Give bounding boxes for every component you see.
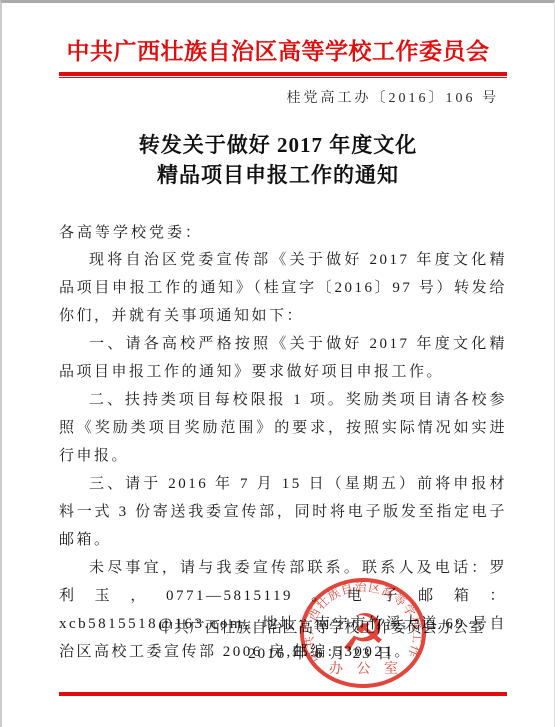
red-header-divider — [59, 72, 507, 78]
party-emblem-icon: ☭ — [340, 604, 387, 664]
body-paragraph: 二、扶持类项目每校限报 1 项。奖励类项目请各校参照《奖励类项目奖励范围》的要求… — [59, 386, 507, 470]
body-paragraph: 现将自治区党委宣传部《关于做好 2017 年度文化精品项目申报工作的通知》（桂宣… — [59, 246, 507, 330]
seal-office-text: 办 公 室 — [329, 660, 403, 677]
red-header-divider-thick-line — [59, 72, 507, 76]
document-title-line1: 转发关于做好 2017 年度文化 — [2, 130, 554, 160]
document-body: 现将自治区党委宣传部《关于做好 2017 年度文化精品项目申报工作的通知》（桂宣… — [59, 246, 507, 666]
body-paragraph: 一、请各高校严格按照《关于做好 2017 年度文化精品项目申报工作的通知》要求做… — [59, 330, 507, 386]
red-footer-divider — [59, 692, 507, 696]
issuing-org-header: 中共广西壮族自治区高等学校工作委员会 — [2, 33, 554, 66]
salutation: 各高等学校党委： — [59, 221, 203, 242]
red-header-divider-thin-line — [59, 77, 507, 78]
official-document-page: 中共广西壮族自治区高等学校工作委员会 桂党高工办〔2016〕106 号 转发关于… — [0, 0, 555, 727]
document-reference-number: 桂党高工办〔2016〕106 号 — [287, 87, 500, 107]
official-red-seal: 中共广西壮族自治区高等学校工作委员会 ☭ 办 公 室 — [296, 576, 430, 692]
document-title-line2: 精品项目申报工作的通知 — [2, 160, 554, 190]
document-title: 转发关于做好 2017 年度文化 精品项目申报工作的通知 — [2, 130, 554, 190]
body-paragraph: 三、请于 2016 年 7 月 15 日（星期五）前将申报材料一式 3 份寄送我… — [59, 470, 507, 554]
